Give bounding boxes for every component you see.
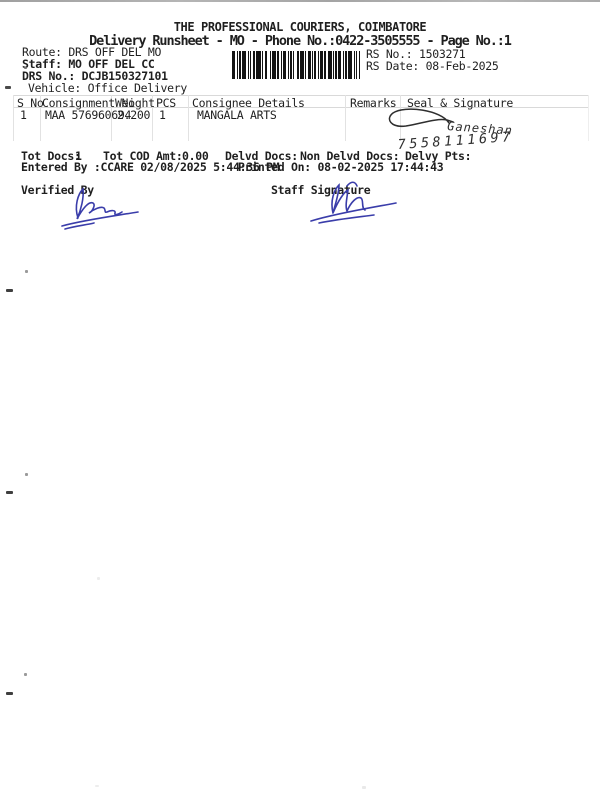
- row-consignee: MANGALA ARTS: [197, 109, 276, 121]
- table-col-rule: [345, 95, 346, 141]
- staff-signature: [303, 179, 403, 225]
- signature-stroke: [347, 182, 357, 186]
- scan-speck: [25, 473, 28, 476]
- vehicle-label: Vehicle:: [28, 81, 81, 95]
- scan-speck: [6, 692, 13, 695]
- table-col-rule: [188, 95, 189, 141]
- row-sno: 1: [20, 109, 27, 121]
- barcode-icon: [232, 51, 360, 79]
- scan-speck: [6, 289, 13, 292]
- rs-date-label: RS Date:: [366, 59, 419, 73]
- scan-speck: [25, 270, 28, 273]
- verified-by-signature: [56, 186, 148, 230]
- scan-speck: [95, 785, 99, 787]
- printed-on-line: Printed On: 08-02-2025 17:44:43: [238, 161, 443, 173]
- signature-stroke: [76, 189, 122, 219]
- table-col-rule: [588, 95, 589, 141]
- rs-date-line: RS Date: 08-Feb-2025: [366, 60, 499, 72]
- signature-underline: [62, 212, 138, 226]
- table-col-rule: [13, 95, 14, 141]
- scan-speck: [24, 67, 27, 69]
- page-title: THE PROFESSIONAL COURIERS, COIMBATORE: [0, 20, 600, 34]
- seal-signature-handwriting: Ganeshan 7558111697: [383, 103, 528, 155]
- row-weight: 2.200: [117, 109, 150, 121]
- vehicle-line: Vehicle: Office Delivery: [28, 82, 187, 94]
- scan-edge-artifact: [0, 0, 600, 2]
- row-pcs: 1: [159, 109, 166, 121]
- scan-speck: [362, 786, 366, 789]
- rs-date-value: 08-Feb-2025: [426, 59, 499, 73]
- scan-speck: [5, 86, 11, 89]
- scan-speck: [6, 491, 13, 494]
- delivery-runsheet-document: THE PROFESSIONAL COURIERS, COIMBATORE De…: [0, 0, 600, 800]
- vehicle-value: Office Delivery: [88, 81, 187, 95]
- scan-speck: [97, 577, 100, 580]
- signature-flourish: [389, 109, 453, 126]
- signature-stroke: [332, 185, 365, 213]
- scan-speck: [24, 673, 27, 676]
